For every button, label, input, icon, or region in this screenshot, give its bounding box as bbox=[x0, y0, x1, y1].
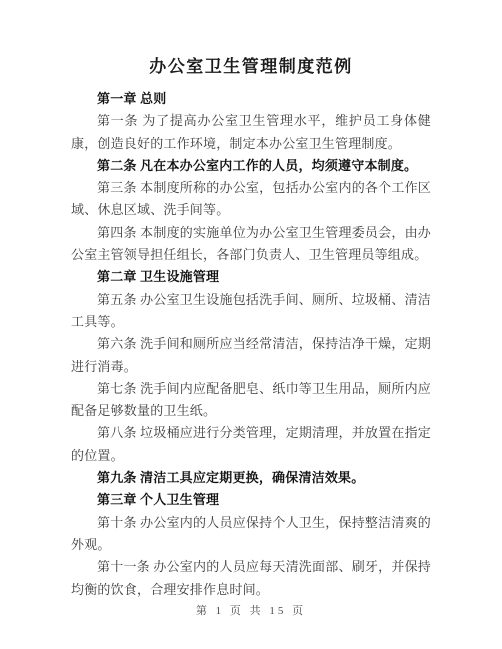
chapter-heading: 第一章 总则 bbox=[71, 88, 431, 110]
paragraph: 第七条 洗手间内应配备肥皂、纸巾等卫生用品，厕所内应配备足够数量的卫生纸。 bbox=[71, 378, 431, 423]
paragraph: 第十一条 办公室内的人员应每天清洗面部、刷牙，并保持均衡的饮食，合理安排作息时间… bbox=[71, 556, 431, 601]
paragraph: 第十条 办公室内的人员应保持个人卫生，保持整洁清爽的外观。 bbox=[71, 512, 431, 557]
document-content: 办公室卫生管理制度范例 第一章 总则第一条 为了提高办公室卫生管理水平，维护员工… bbox=[71, 55, 431, 601]
document-title: 办公室卫生管理制度范例 bbox=[71, 55, 431, 79]
paragraph-emphasis: 第九条 清洁工具应定期更换，确保清洁效果。 bbox=[71, 467, 431, 489]
paragraph: 第八条 垃圾桶应进行分类管理，定期清理，并放置在指定的位置。 bbox=[71, 422, 431, 467]
paragraph: 第五条 办公室卫生设施包括洗手间、厕所、垃圾桶、清洁工具等。 bbox=[71, 289, 431, 334]
paragraph: 第一条 为了提高办公室卫生管理水平，维护员工身体健康，创造良好的工作环境，制定本… bbox=[71, 110, 431, 155]
chapter-heading: 第三章 个人卫生管理 bbox=[71, 489, 431, 511]
paragraph: 第三条 本制度所称的办公室，包括办公室内的各个工作区域、休息区域、洗手间等。 bbox=[71, 177, 431, 222]
page-number: 第 1 页 共 15 页 bbox=[0, 602, 502, 618]
paragraph: 第六条 洗手间和厕所应当经常清洁，保持洁净干燥，定期进行消毒。 bbox=[71, 333, 431, 378]
paragraph: 第四条 本制度的实施单位为办公室卫生管理委员会，由办公室主管领导担任组长，各部门… bbox=[71, 222, 431, 267]
document-body: 第一章 总则第一条 为了提高办公室卫生管理水平，维护员工身体健康，创造良好的工作… bbox=[71, 88, 431, 601]
paragraph-emphasis: 第二条 凡在本办公室内工作的人员，均须遵守本制度。 bbox=[71, 155, 431, 177]
chapter-heading: 第二章 卫生设施管理 bbox=[71, 266, 431, 288]
document-page: 办公室卫生管理制度范例 第一章 总则第一条 为了提高办公室卫生管理水平，维护员工… bbox=[0, 0, 502, 649]
